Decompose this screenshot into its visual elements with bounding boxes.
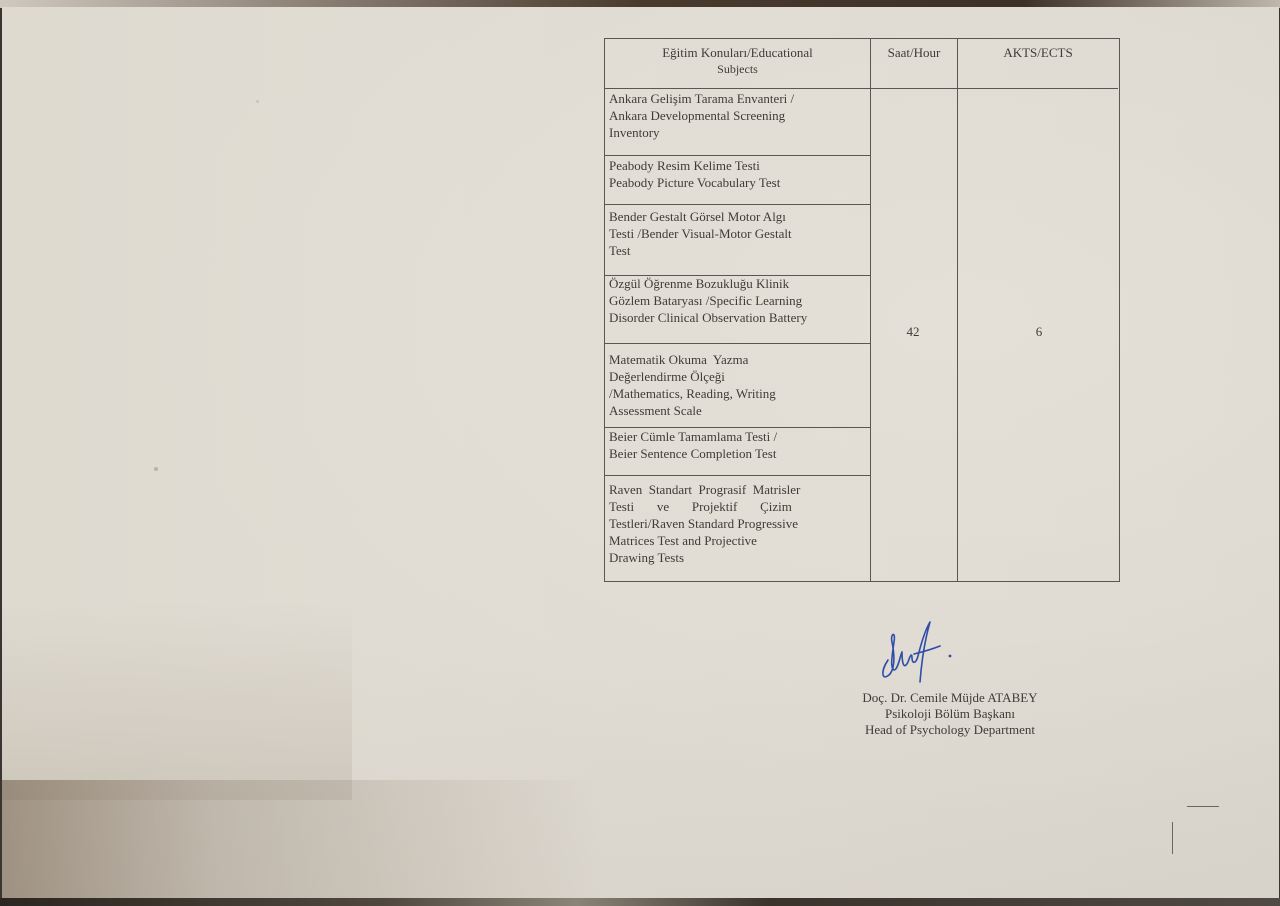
paper-speck <box>256 100 259 103</box>
header-subjects-line2: Subjects <box>605 61 870 77</box>
total-ects-value: 6 <box>999 324 1079 340</box>
table-row-line: Testi ve Projektif Çizim <box>609 498 867 515</box>
paper-speck <box>154 467 158 471</box>
table-row-line: Ankara Gelişim Tarama Envanteri / <box>609 90 867 107</box>
header-ects: AKTS/ECTS <box>958 39 1118 89</box>
table-row-line: Matematik Okuma Yazma <box>609 351 867 368</box>
table-row: Beier Cümle Tamamlama Testi /Beier Sente… <box>609 428 867 462</box>
table-row-line: Test <box>609 242 867 259</box>
table-row: Ankara Gelişim Tarama Envanteri /Ankara … <box>609 90 867 141</box>
signatory-name: Doç. Dr. Cemile Müjde ATABEY <box>820 690 1080 706</box>
row-divider <box>605 343 870 344</box>
signatory-title-tr: Psikoloji Bölüm Başkanı <box>820 706 1080 722</box>
table-row: Peabody Resim Kelime TestiPeabody Pictur… <box>609 157 867 191</box>
table-row-line: Testi /Bender Visual-Motor Gestalt <box>609 225 867 242</box>
signature-block: Doç. Dr. Cemile Müjde ATABEY Psikoloji B… <box>820 690 1080 738</box>
table-row: Matematik Okuma YazmaDeğerlendirme Ölçeğ… <box>609 351 867 419</box>
signatory-title-en: Head of Psychology Department <box>820 722 1080 738</box>
table-row-line: /Mathematics, Reading, Writing <box>609 385 867 402</box>
table-row-line: Değerlendirme Ölçeği <box>609 368 867 385</box>
page-mark-horizontal <box>1187 806 1219 807</box>
table-row-line: Özgül Öğrenme Bozukluğu Klinik <box>609 275 867 292</box>
header-hours: Saat/Hour <box>871 39 957 89</box>
table-row-line: Raven Standart Prograsif Matrisler <box>609 481 867 498</box>
row-divider <box>605 475 870 476</box>
column-divider <box>957 39 958 581</box>
table-row-line: Beier Cümle Tamamlama Testi / <box>609 428 867 445</box>
table-row-line: Peabody Resim Kelime Testi <box>609 157 867 174</box>
table-row-line: Bender Gestalt Görsel Motor Algı <box>609 208 867 225</box>
total-hours-value: 42 <box>873 324 953 340</box>
table-row-line: Matrices Test and Projective <box>609 532 867 549</box>
header-subjects-line1: Eğitim Konuları/Educational <box>605 45 870 61</box>
table-row-line: Peabody Picture Vocabulary Test <box>609 174 867 191</box>
table-row-line: Disorder Clinical Observation Battery <box>609 309 867 326</box>
subjects-table: Eğitim Konuları/Educational Subjects Saa… <box>604 38 1120 582</box>
background-bottom-edge <box>0 898 1280 906</box>
header-subjects: Eğitim Konuları/Educational Subjects <box>605 39 870 89</box>
row-divider <box>605 155 870 156</box>
table-row-line: Assessment Scale <box>609 402 867 419</box>
table-row: Özgül Öğrenme Bozukluğu KlinikGözlem Bat… <box>609 275 867 326</box>
row-divider <box>605 204 870 205</box>
table-row: Bender Gestalt Görsel Motor AlgıTesti /B… <box>609 208 867 259</box>
table-row-line: Beier Sentence Completion Test <box>609 445 867 462</box>
column-divider <box>870 39 871 581</box>
table-row-line: Drawing Tests <box>609 549 867 566</box>
table-row-line: Ankara Developmental Screening <box>609 107 867 124</box>
page-mark-vertical <box>1172 822 1173 854</box>
table-row-line: Gözlem Bataryası /Specific Learning <box>609 292 867 309</box>
table-row-line: Testleri/Raven Standard Progressive <box>609 515 867 532</box>
handwritten-signature <box>870 612 960 692</box>
table-row: Raven Standart Prograsif MatrislerTesti … <box>609 481 867 566</box>
table-row-line: Inventory <box>609 124 867 141</box>
